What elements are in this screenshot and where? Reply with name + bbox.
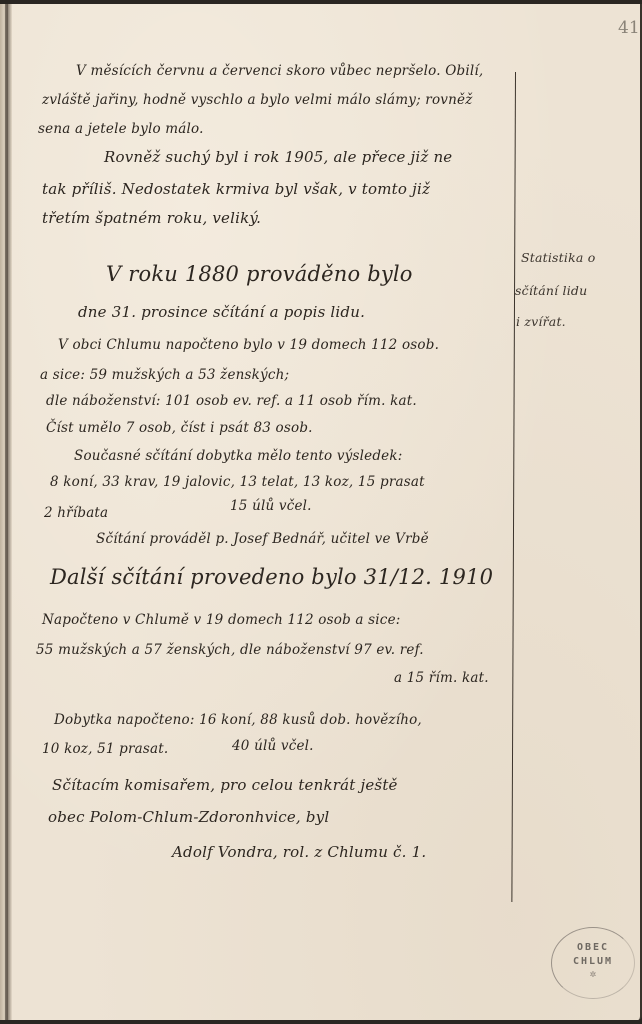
text-line: 40 úlů včel. [232, 738, 314, 754]
text-line: Sčítání prováděl p. Josef Bednář, učitel… [96, 531, 429, 547]
text-line: 8 koní, 33 krav, 19 jalovic, 13 telat, 1… [50, 474, 425, 490]
text-line: obec Polom-Chlum-Zdoronhvice, byl [48, 808, 329, 826]
text-line: a 15 řím. kat. [394, 670, 489, 686]
text-line: Rovněž suchý byl i rok 1905, ale přece j… [104, 148, 452, 166]
margin-note-line: Statistika o [521, 250, 595, 265]
binding-shadow [5, 4, 8, 1020]
margin-note-line: sčítání lidu [515, 283, 587, 298]
text-line: Dobytka napočteno: 16 koní, 88 kusů dob.… [54, 712, 422, 728]
text-line: Číst umělo 7 osob, číst i psát 83 osob. [46, 420, 313, 436]
text-line: Napočteno v Chlumě v 19 domech 112 osob … [42, 612, 401, 628]
text-line: dle náboženství: 101 osob ev. ref. a 11 … [46, 393, 417, 409]
section-heading-1910: Další sčítání provedeno bylo 31/12. 1910 [50, 565, 493, 589]
text-line: zvláště jařiny, hodně vyschlo a bylo vel… [42, 92, 473, 108]
text-line: 2 hříbata [44, 505, 108, 521]
text-line: 10 koz, 51 prasat. [42, 741, 168, 757]
margin-note-line: i zvířat. [516, 314, 566, 329]
stamp-text: CHLUM [552, 956, 634, 967]
signature-line: Adolf Vondra, rol. z Chlumu č. 1. [172, 843, 426, 861]
section-heading-1880: V roku 1880 prováděno bylo [106, 262, 413, 286]
text-line: 55 mužských a 57 ženských, dle náboženst… [36, 642, 424, 658]
text-line: a sice: 59 mužských a 53 ženských; [40, 367, 289, 383]
stamp-text: OBEC [552, 942, 634, 953]
text-line: V měsících červnu a červenci skoro vůbec… [76, 63, 483, 79]
section-subheading-1880: dne 31. prosince sčítání a popis lidu. [78, 303, 365, 321]
municipal-stamp: OBEC CHLUM ✲ [551, 927, 635, 999]
text-line: V obci Chlumu napočteno bylo v 19 domech… [58, 337, 439, 353]
text-line: sena a jetele bylo málo. [38, 121, 204, 137]
text-line: třetím špatném roku, veliký. [42, 209, 261, 227]
text-line: tak příliš. Nedostatek krmiva byl však, … [42, 180, 430, 198]
text-line: 15 úlů včel. [230, 498, 312, 514]
text-line: Sčítacím komisařem, pro celou tenkrát je… [52, 776, 398, 794]
text-line: Současné sčítání dobytka mělo tento výsl… [74, 448, 402, 464]
stamp-ornament-icon: ✲ [552, 970, 634, 979]
page-number: 41 [618, 18, 640, 38]
